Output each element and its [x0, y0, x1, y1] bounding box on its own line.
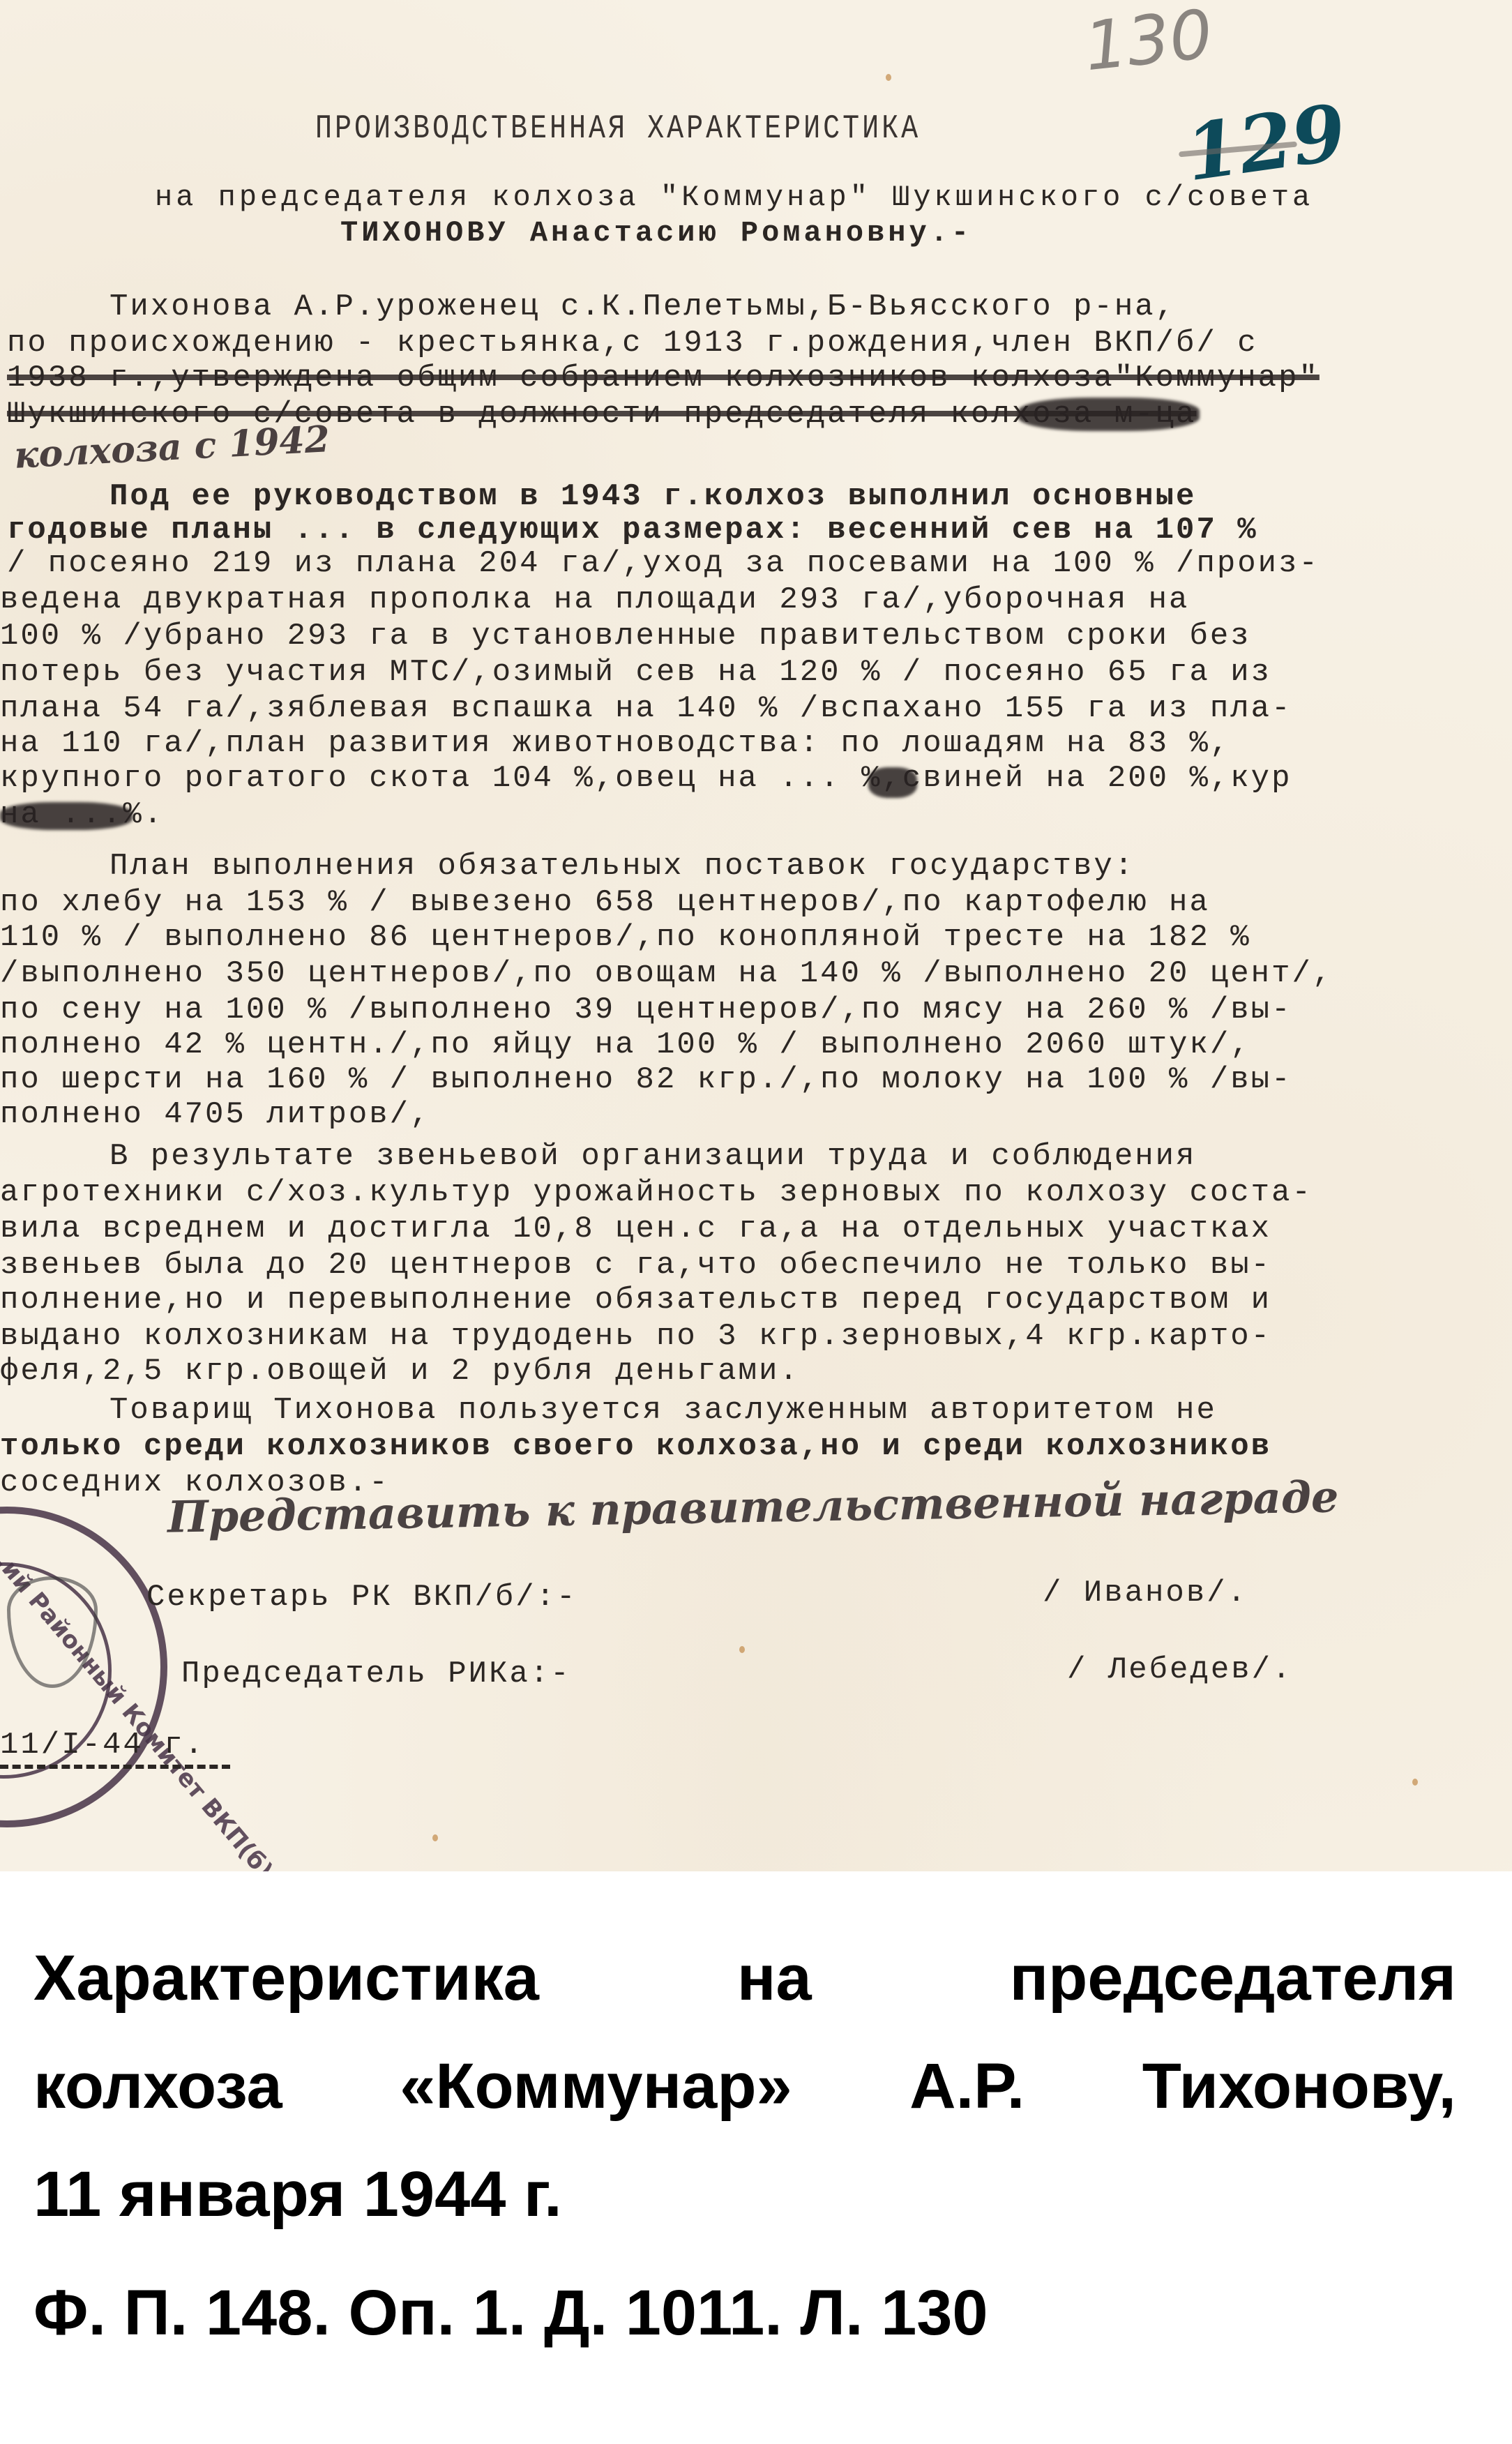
caption-word: «Коммунар» — [400, 2054, 792, 2118]
body-line: ведена двукратная прополка на площади 29… — [0, 584, 1189, 615]
body-line: на 110 га/,план развития животноводства:… — [0, 728, 1230, 759]
signature-name-chairman: / Лебедев/. — [1067, 1654, 1292, 1685]
body-line: по шерсти на 160 % / выполнено 82 кгр./,… — [0, 1064, 1292, 1095]
caption-word: Характеристика — [33, 1946, 539, 2010]
body-line: вила всреднем и достигла 10,8 цен.с га,а… — [0, 1214, 1271, 1244]
body-line: План выполнения обязательных поставок го… — [7, 851, 1135, 882]
body-line: по хлебу на 153 % / вывезено 658 центнер… — [0, 887, 1210, 918]
signature-role-secretary: Секретарь РК ВКП/б/:- — [146, 1582, 577, 1613]
body-line: только среди колхозников своего колхоза,… — [0, 1431, 1271, 1462]
paper-speck — [739, 1646, 745, 1653]
paper-speck — [1412, 1779, 1418, 1786]
body-line: Товарищ Тихонова пользуется заслуженным … — [7, 1395, 1217, 1426]
body-line: /выполнено 350 центнеров/,по овощам на 1… — [0, 958, 1333, 989]
signature-role-chairman: Председатель РИКа:- — [181, 1659, 571, 1689]
document-subtitle-line1: на председателя колхоза "Коммунар" Шукши… — [155, 183, 1313, 212]
document-subtitle-line2: ТИХОНОВУ Анастасию Романовну.- — [340, 218, 972, 248]
body-line: по происхождению - крестьянка,с 1913 г.р… — [7, 328, 1258, 359]
body-line: потерь без участия МТС/,озимый сев на 12… — [0, 657, 1271, 688]
date-underline — [0, 1765, 230, 1769]
body-line: по сену на 100 % /выполнено 39 центнеров… — [0, 995, 1292, 1025]
caption-archive-reference: Ф. П. 148. Оп. 1. Д. 1011. Л. 130 — [33, 2281, 988, 2345]
body-line: полнено 42 % центн./,по яйцу на 100 % / … — [0, 1029, 1251, 1060]
body-line: годовые планы ... в следующих размерах: … — [7, 515, 1258, 545]
ink-blot-poultry — [0, 802, 133, 830]
body-line-struck: 1938 г.,утверждена общим собранием колхо… — [7, 363, 1320, 393]
caption-word: Тихонову, — [1142, 2054, 1456, 2118]
body-line: В результате звеньевой организации труда… — [7, 1141, 1196, 1172]
archival-document-photo: 130 129 ПРОИЗВОДСТВЕННАЯ ХАРАКТЕРИСТИКА … — [0, 0, 1512, 1871]
caption-date: 11 января 1944 г. — [33, 2162, 562, 2226]
caption-word: на — [737, 1946, 812, 2010]
body-line: Под ее руководством в 1943 г.колхоз выпо… — [7, 481, 1196, 512]
caption-word: председателя — [1010, 1946, 1456, 2010]
body-line: Тихонова А.Р.уроженец с.К.Пелетьмы,Б-Вья… — [7, 292, 1176, 322]
caption-word: колхоза — [33, 2054, 282, 2118]
body-line: выдано колхозникам на трудодень по 3 кгр… — [0, 1321, 1271, 1352]
caption-line-2: колхоза «Коммунар» А.Р. Тихонову, — [33, 2054, 1456, 2118]
paper-speck — [886, 74, 891, 81]
archive-page-number-pencil: 130 — [1081, 1, 1215, 81]
caption-line-1: Характеристика на председателя — [33, 1946, 1456, 2010]
ink-blot-sheep — [868, 767, 917, 798]
body-line: звеньев была до 20 центнеров с га,что об… — [0, 1250, 1271, 1281]
archive-page-number-ink: 129 — [1181, 94, 1350, 193]
caption-word: А.Р. — [909, 2054, 1025, 2118]
body-line: 110 % / выполнено 86 центнеров/,по коноп… — [0, 922, 1251, 953]
body-line: крупного рогатого скота 104 %,овец на ..… — [0, 763, 1292, 794]
ink-correction-blot — [1018, 398, 1200, 431]
body-line: полнено 4705 литров/, — [0, 1099, 431, 1130]
body-line: агротехники с/хоз.культур урожайность зе… — [0, 1177, 1313, 1208]
body-line: / посеяно 219 из плана 204 га/,уход за п… — [7, 548, 1320, 579]
body-line: плана 54 га/,зяблевая вспашка на 140 % /… — [0, 693, 1292, 724]
body-line: 100 % /убрано 293 га в установленные пра… — [0, 621, 1251, 651]
body-line: полнение,но и перевыполнение обязательст… — [0, 1285, 1271, 1315]
document-date: 11/I-44 г. — [0, 1730, 205, 1760]
body-line: феля,2,5 кгр.овощей и 2 рубля деньгами. — [0, 1356, 800, 1387]
document-title: ПРОИЗВОДСТВЕННАЯ ХАРАКТЕРИСТИКА — [315, 113, 921, 146]
signature-name-secretary: / Иванов/. — [1043, 1578, 1248, 1608]
paper-speck — [432, 1834, 438, 1841]
